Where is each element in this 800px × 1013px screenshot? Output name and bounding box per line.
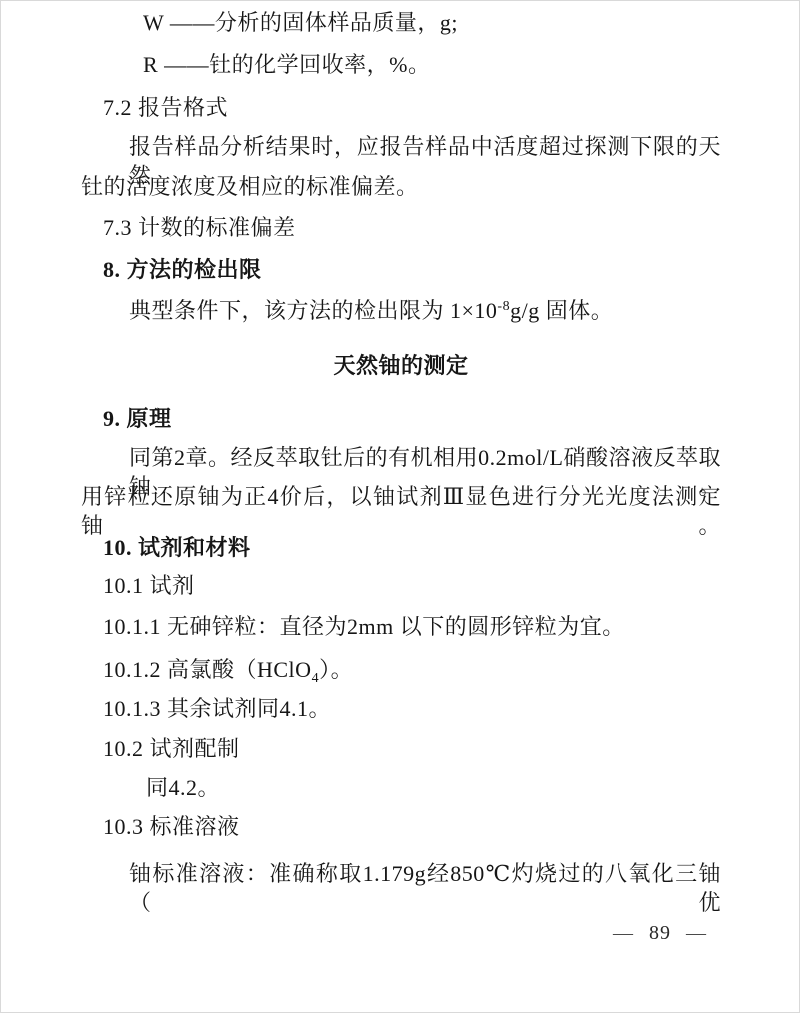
detection-limit-unit: g/g 固体。 bbox=[510, 298, 613, 323]
section-10-2-heading: 10.2 试剂配制 bbox=[103, 735, 240, 764]
item-10-1-2-text: 10.1.2 高氯酸（HClO bbox=[103, 657, 312, 682]
detection-limit-text: 典型条件下，该方法的检出限为 1×10 bbox=[129, 298, 497, 323]
item-10-1-2: 10.1.2 高氯酸（HClO4）。 bbox=[103, 656, 353, 685]
part-title-natural-uranium: 天然铀的测定 bbox=[81, 352, 721, 381]
document-page: W ——分析的固体样品质量，g; R ——钍的化学回收率，%。 7.2 报告格式… bbox=[0, 0, 800, 1013]
paragraph-principle-line-2: 用锌粒还原铀为正4价后，以铀试剂Ⅲ显色进行分光光度法测定铀。 bbox=[81, 483, 721, 540]
paragraph-detection-limit: 典型条件下，该方法的检出限为 1×10-8g/g 固体。 bbox=[129, 297, 613, 326]
superscript-exponent: -8 bbox=[497, 299, 510, 314]
paragraph-report-line-2: 钍的活度浓度及相应的标准偏差。 bbox=[81, 173, 419, 202]
formula-symbol-r-definition: R ——钍的化学回收率，%。 bbox=[143, 51, 431, 80]
section-10-1-heading: 10.1 试剂 bbox=[103, 572, 195, 601]
item-10-1-1: 10.1.1 无砷锌粒：直径为2mm 以下的圆形锌粒为宜。 bbox=[103, 613, 625, 642]
paragraph-same-as-4-2: 同4.2。 bbox=[146, 774, 220, 803]
section-10-heading: 10. 试剂和材料 bbox=[103, 534, 251, 563]
item-10-1-2-end: ）。 bbox=[319, 657, 353, 682]
paragraph-uranium-standard: 铀标准溶液：准确称取1.179g经850℃灼烧过的八氧化三铀（优 bbox=[129, 860, 721, 917]
page-footer: — 89 — bbox=[613, 922, 707, 945]
section-9-heading: 9. 原理 bbox=[103, 405, 172, 434]
section-7-3-heading: 7.3 计数的标准偏差 bbox=[103, 214, 296, 243]
footer-right-dash: — bbox=[686, 922, 707, 945]
formula-symbol-w-definition: W ——分析的固体样品质量，g; bbox=[143, 9, 458, 38]
section-10-3-heading: 10.3 标准溶液 bbox=[103, 813, 240, 842]
item-10-1-3: 10.1.3 其余试剂同4.1。 bbox=[103, 695, 331, 724]
footer-left-dash: — bbox=[613, 922, 634, 945]
subscript-formula-digit: 4 bbox=[312, 671, 320, 686]
section-8-heading: 8. 方法的检出限 bbox=[103, 256, 262, 285]
section-7-2-heading: 7.2 报告格式 bbox=[103, 94, 228, 123]
page-number: 89 bbox=[649, 922, 671, 945]
